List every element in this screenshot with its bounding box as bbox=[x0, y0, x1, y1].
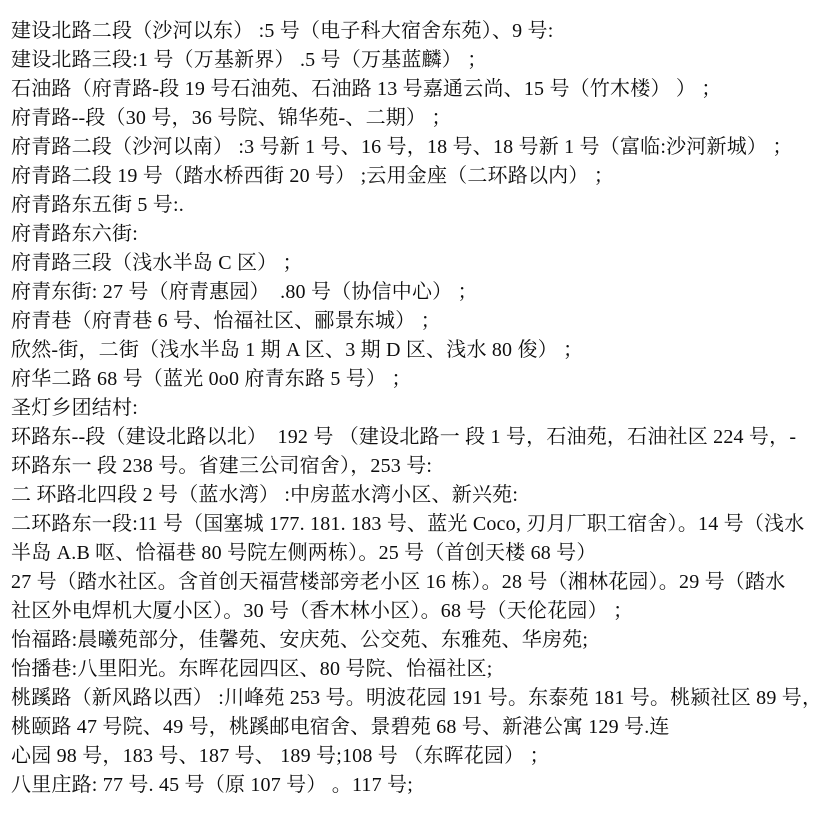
text-line: 府青路二段（沙河以南） :3 号新 1 号、16 号，18 号、18 号新 1 … bbox=[11, 133, 815, 162]
text-line: 石油路（府青路-段 19 号石油苑、石油路 13 号嘉通云尚、15 号（竹木楼）… bbox=[11, 75, 815, 104]
text-line: 环路东一 段 238 号。省建三公司宿舍），253 号: bbox=[11, 452, 815, 481]
text-line: 半岛 A.B 呕、恰福巷 80 号院左侧两栋）。25 号（首创天楼 68 号） bbox=[11, 539, 815, 568]
text-line: 府青路东五街 5 号:. bbox=[11, 191, 815, 220]
text-line: 27 号（踏水社区。含首创天福营楼部旁老小区 16 栋）。28 号（湘林花园）。… bbox=[11, 568, 815, 597]
text-line: 社区外电焊机大厦小区）。30 号（香木林小区）。68 号（天伦花园） ； bbox=[11, 597, 815, 626]
text-line: 怡播巷:八里阳光。东晖花园四区、80 号院、怡福社区; bbox=[11, 655, 815, 684]
text-line: 府华二路 68 号（蓝光 0o0 府青东路 5 号） ； bbox=[11, 365, 815, 394]
text-line: 八里庄路: 77 号. 45 号（原 107 号） 。117 号; bbox=[11, 771, 815, 800]
text-line: 建设北路三段:1 号（万基新界） .5 号（万基蓝麟） ； bbox=[11, 46, 815, 75]
text-line: 圣灯乡团结村: bbox=[11, 394, 815, 423]
text-line: 府青路二段 19 号（踏水桥西街 20 号） ;云用金座（二环路以内） ； bbox=[11, 162, 815, 191]
text-line: 桃颐路 47 号院、49 号，桃蹊邮电宿舍、景碧苑 68 号、新港公寓 129 … bbox=[11, 713, 815, 742]
text-line: 府青路东六街: bbox=[11, 220, 815, 249]
document-body: 建设北路二段（沙河以东） :5 号（电子科大宿舍东苑）、9 号:建设北路三段:1… bbox=[0, 0, 821, 821]
text-line: 二 环路北四段 2 号（蓝水湾） :中房蓝水湾小区、新兴苑: bbox=[11, 481, 815, 510]
text-line: 府青巷（府青巷 6 号、怡福社区、郦景东城） ； bbox=[11, 307, 815, 336]
text-line: 二环路东一段:11 号（国塞城 177. 181. 183 号、蓝光 Coco,… bbox=[11, 510, 815, 539]
text-line: 怡福路:晨曦苑部分，佳馨苑、安庆苑、公交苑、东雅苑、华房苑; bbox=[11, 626, 815, 655]
text-line: 桃蹊路（新风路以西） :川峰苑 253 号。明波花园 191 号。东泰苑 181… bbox=[11, 684, 815, 713]
text-line: 欣然-街，二街（浅水半岛 1 期 A 区、3 期 D 区、浅水 80 俊） ； bbox=[11, 336, 815, 365]
text-line: 府青路--段（30 号，36 号院、锦华苑-、二期） ； bbox=[11, 104, 815, 133]
text-line: 建设北路二段（沙河以东） :5 号（电子科大宿舍东苑）、9 号: bbox=[11, 17, 815, 46]
text-line: 心园 98 号，183 号、187 号、 189 号;108 号 （东晖花园） … bbox=[11, 742, 815, 771]
text-line: 府青路三段（浅水半岛 C 区） ； bbox=[11, 249, 815, 278]
text-line: 府青东街: 27 号（府青惠园） .80 号（协信中心） ； bbox=[11, 278, 815, 307]
text-line: 环路东--段（建设北路以北） 192 号 （建设北路一 段 1 号，石油苑，石油… bbox=[11, 423, 815, 452]
